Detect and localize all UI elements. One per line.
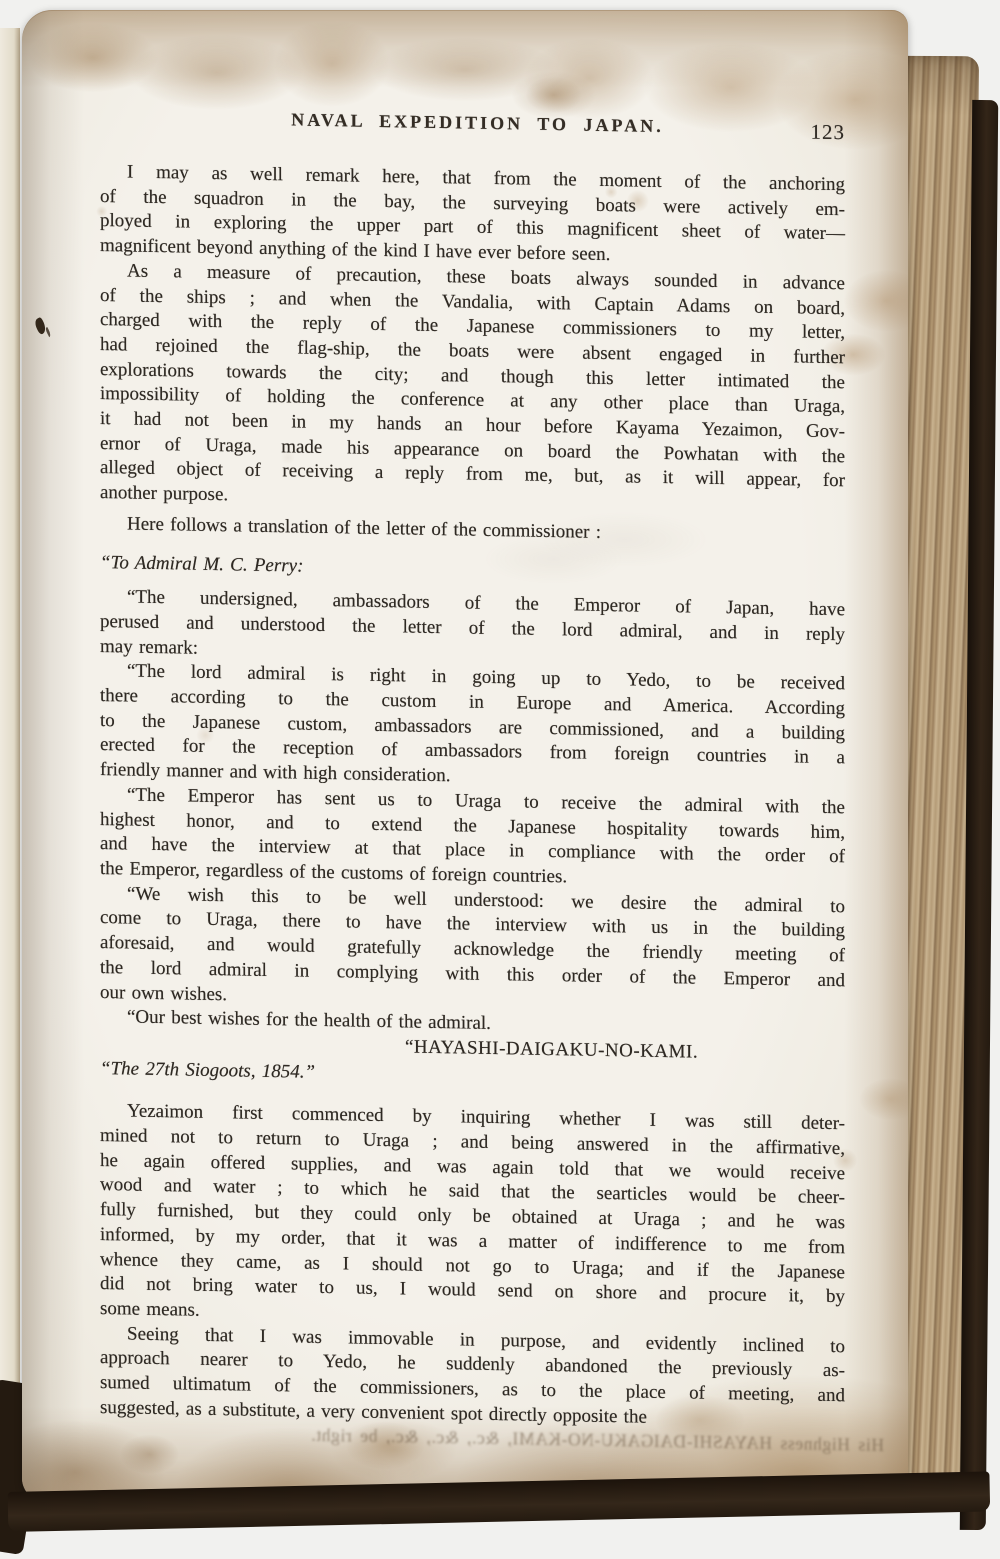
paragraph: “The undersigned, ambassadors of the Emp… [100,585,845,672]
page-number: 123 [811,120,846,146]
adjacent-page-edge [0,28,20,1398]
paragraph: “To Admiral M. C. Perry: [100,551,845,589]
running-title: NAVAL EXPEDITION TO JAPAN. [100,106,845,140]
page-body: I may as well remark here, that from the… [100,160,845,1434]
text-line: Here follows a translation of the letter… [100,512,845,550]
page-header: NAVAL EXPEDITION TO JAPAN. 123 [100,106,845,151]
book-page: NAVAL EXPEDITION TO JAPAN. 123 I may as … [22,10,908,1502]
paragraph: I may as well remark here, that from the… [100,160,845,272]
paragraph: “The lord admiral is right in going up t… [100,659,845,796]
paragraph: As a measure of precaution, these boats … [100,259,845,519]
paragraph: Yezaimon first commenced by inquiring wh… [100,1099,845,1335]
paragraph: Here follows a translation of the letter… [100,512,845,550]
page-content: NAVAL EXPEDITION TO JAPAN. 123 I may as … [100,106,845,1456]
edge-speck [33,317,48,335]
paragraph: Seeing that I was immovable in purpose, … [100,1322,845,1434]
paragraph: “We wish this to be well understood: we … [100,882,845,1019]
text-line: “To Admiral M. C. Perry: [100,551,845,589]
paragraph: “The Emperor has sent us to Uraga to rec… [100,783,845,895]
